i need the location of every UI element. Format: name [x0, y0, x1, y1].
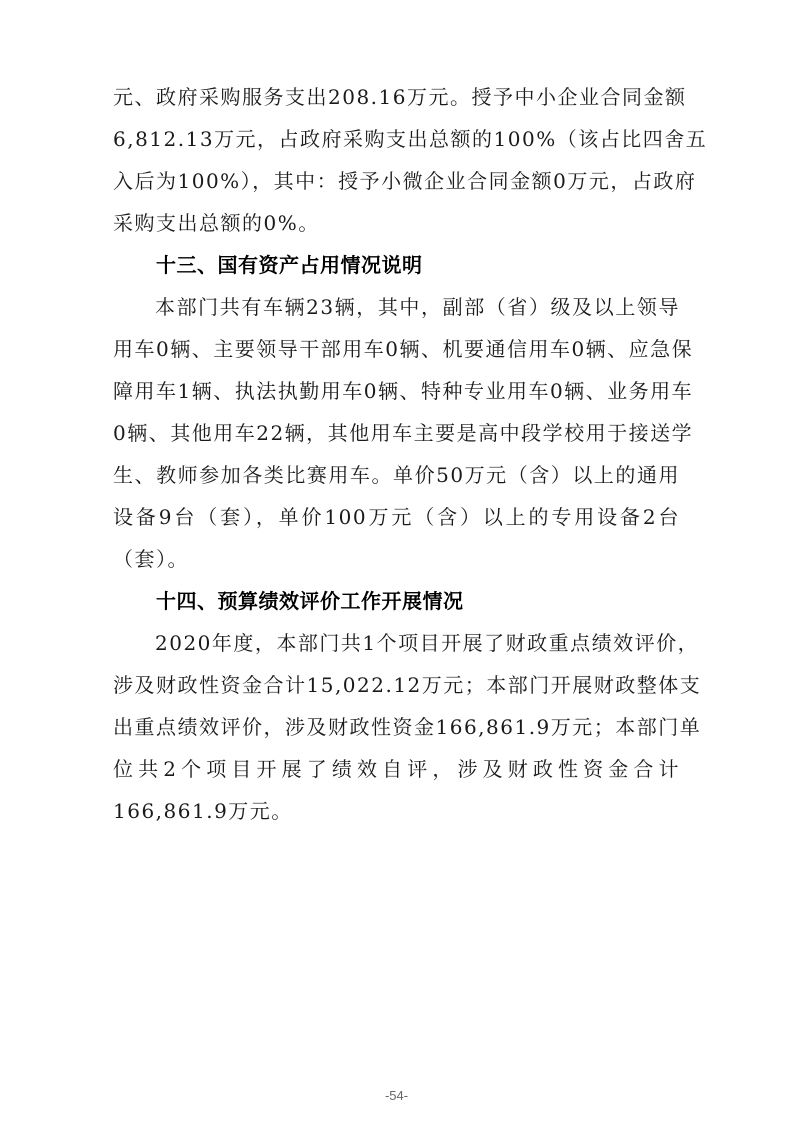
- text-line: 障用车1辆、执法执勤用车0辆、特种专业用车0辆、业务用车: [113, 370, 680, 412]
- text-line: 6,812.13万元，占政府采购支出总额的100%（该占比四舍五: [113, 118, 680, 160]
- document-page: 元、政府采购服务支出208.16万元。授予中小企业合同金额 6,812.13万元…: [113, 76, 680, 832]
- section-heading-state-assets: 十三、国有资产占用情况说明: [113, 244, 680, 286]
- text-line: 用车0辆、主要领导干部用车0辆、机要通信用车0辆、应急保: [113, 328, 680, 370]
- text-line: 本部门共有车辆23辆，其中，副部（省）级及以上领导: [113, 286, 680, 328]
- text-line: 生、教师参加各类比赛用车。单价50万元（含）以上的通用: [113, 454, 680, 496]
- text-line: 元、政府采购服务支出208.16万元。授予中小企业合同金额: [113, 76, 680, 118]
- continuation-paragraph: 元、政府采购服务支出208.16万元。授予中小企业合同金额 6,812.13万元…: [113, 76, 680, 244]
- text-line: 出重点绩效评价，涉及财政性资金166,861.9万元；本部门单: [113, 706, 680, 748]
- text-line: 0辆、其他用车22辆，其他用车主要是高中段学校用于接送学: [113, 412, 680, 454]
- text-line: 采购支出总额的0%。: [113, 202, 680, 244]
- text-line: 设备9台（套），单价100万元（含）以上的专用设备2台: [113, 496, 680, 538]
- section-paragraph-state-assets: 本部门共有车辆23辆，其中，副部（省）级及以上领导 用车0辆、主要领导干部用车0…: [113, 286, 680, 580]
- text-line: 2020年度，本部门共1个项目开展了财政重点绩效评价，: [113, 622, 680, 664]
- text-line: （套）。: [113, 538, 680, 580]
- text-line: 166,861.9万元。: [113, 790, 680, 832]
- text-line: 涉及财政性资金合计15,022.12万元；本部门开展财政整体支: [113, 664, 680, 706]
- text-line: 入后为100%），其中：授予小微企业合同金额0万元，占政府: [113, 160, 680, 202]
- text-line: 位共2个项目开展了绩效自评，涉及财政性资金合计: [113, 748, 680, 790]
- section-heading-performance-evaluation: 十四、预算绩效评价工作开展情况: [113, 580, 680, 622]
- section-paragraph-performance-evaluation: 2020年度，本部门共1个项目开展了财政重点绩效评价， 涉及财政性资金合计15,…: [113, 622, 680, 832]
- page-number: -54-: [0, 1088, 793, 1103]
